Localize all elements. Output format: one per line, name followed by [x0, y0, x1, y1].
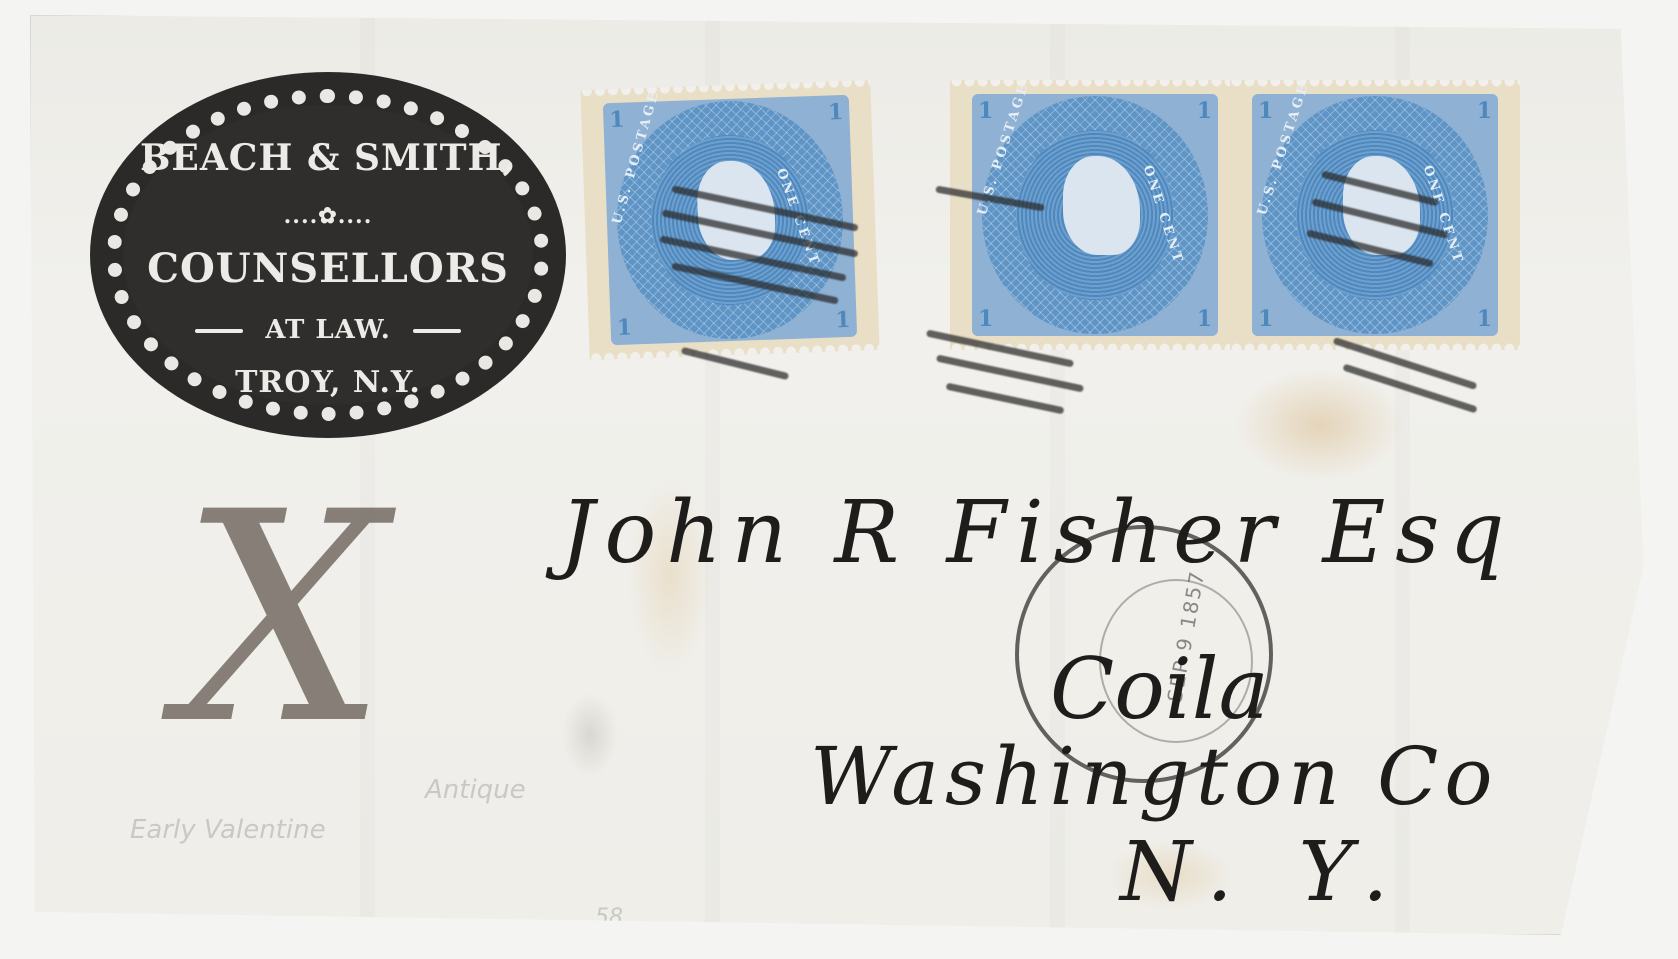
- stamp: 1111U.S. POSTAGEONE CENT: [950, 80, 1240, 350]
- pencil-note: Antique: [425, 775, 526, 805]
- stamp-value-numeral: 1: [1477, 306, 1492, 332]
- stamp-value-numeral: 1: [616, 314, 632, 341]
- address-line-town: Coila: [1050, 640, 1269, 738]
- ornament-icon: ....✿....: [93, 203, 563, 229]
- dash-icon: [195, 329, 243, 333]
- stamp-value-numeral: 1: [978, 306, 993, 332]
- pencil-note: Early Valentine: [130, 815, 326, 845]
- corner-card-subtitle: AT LAW.: [93, 315, 563, 345]
- pencil-note: 58: [595, 905, 623, 930]
- stamp-value-numeral: 1: [1197, 98, 1212, 124]
- manuscript-x-mark: X: [180, 475, 386, 765]
- envelope: BEACH & SMITH, ....✿.... COUNSELLORS AT …: [30, 15, 1650, 935]
- stamp-value-numeral: 1: [1197, 306, 1212, 332]
- address-line-state: N. Y.: [1120, 825, 1408, 920]
- grid-cancel-bar: [946, 383, 1065, 415]
- corner-card-city: TROY, N.Y.: [93, 365, 563, 400]
- corner-card-subtitle-text: AT LAW.: [265, 315, 391, 345]
- stamp-value-numeral: 1: [978, 98, 993, 124]
- stamp-value-numeral: 1: [835, 307, 851, 334]
- corner-card-firm: BEACH & SMITH,: [93, 137, 563, 179]
- stamp-value-numeral: 1: [1258, 98, 1273, 124]
- stamp-value-numeral: 1: [828, 99, 844, 126]
- corner-card: BEACH & SMITH, ....✿.... COUNSELLORS AT …: [93, 75, 563, 435]
- stamp-design: 1111U.S. POSTAGEONE CENT: [972, 94, 1218, 336]
- address-line-county: Washington Co: [810, 730, 1499, 823]
- stamp-value-numeral: 1: [609, 107, 625, 134]
- stamp-value-numeral: 1: [1477, 98, 1492, 124]
- stamp-value-numeral: 1: [1258, 306, 1273, 332]
- dash-icon: [413, 329, 461, 333]
- address-line-name: John R Fisher Esq: [560, 483, 1514, 583]
- corner-card-title: COUNSELLORS: [93, 245, 563, 292]
- grid-cancel-bar: [1342, 364, 1477, 414]
